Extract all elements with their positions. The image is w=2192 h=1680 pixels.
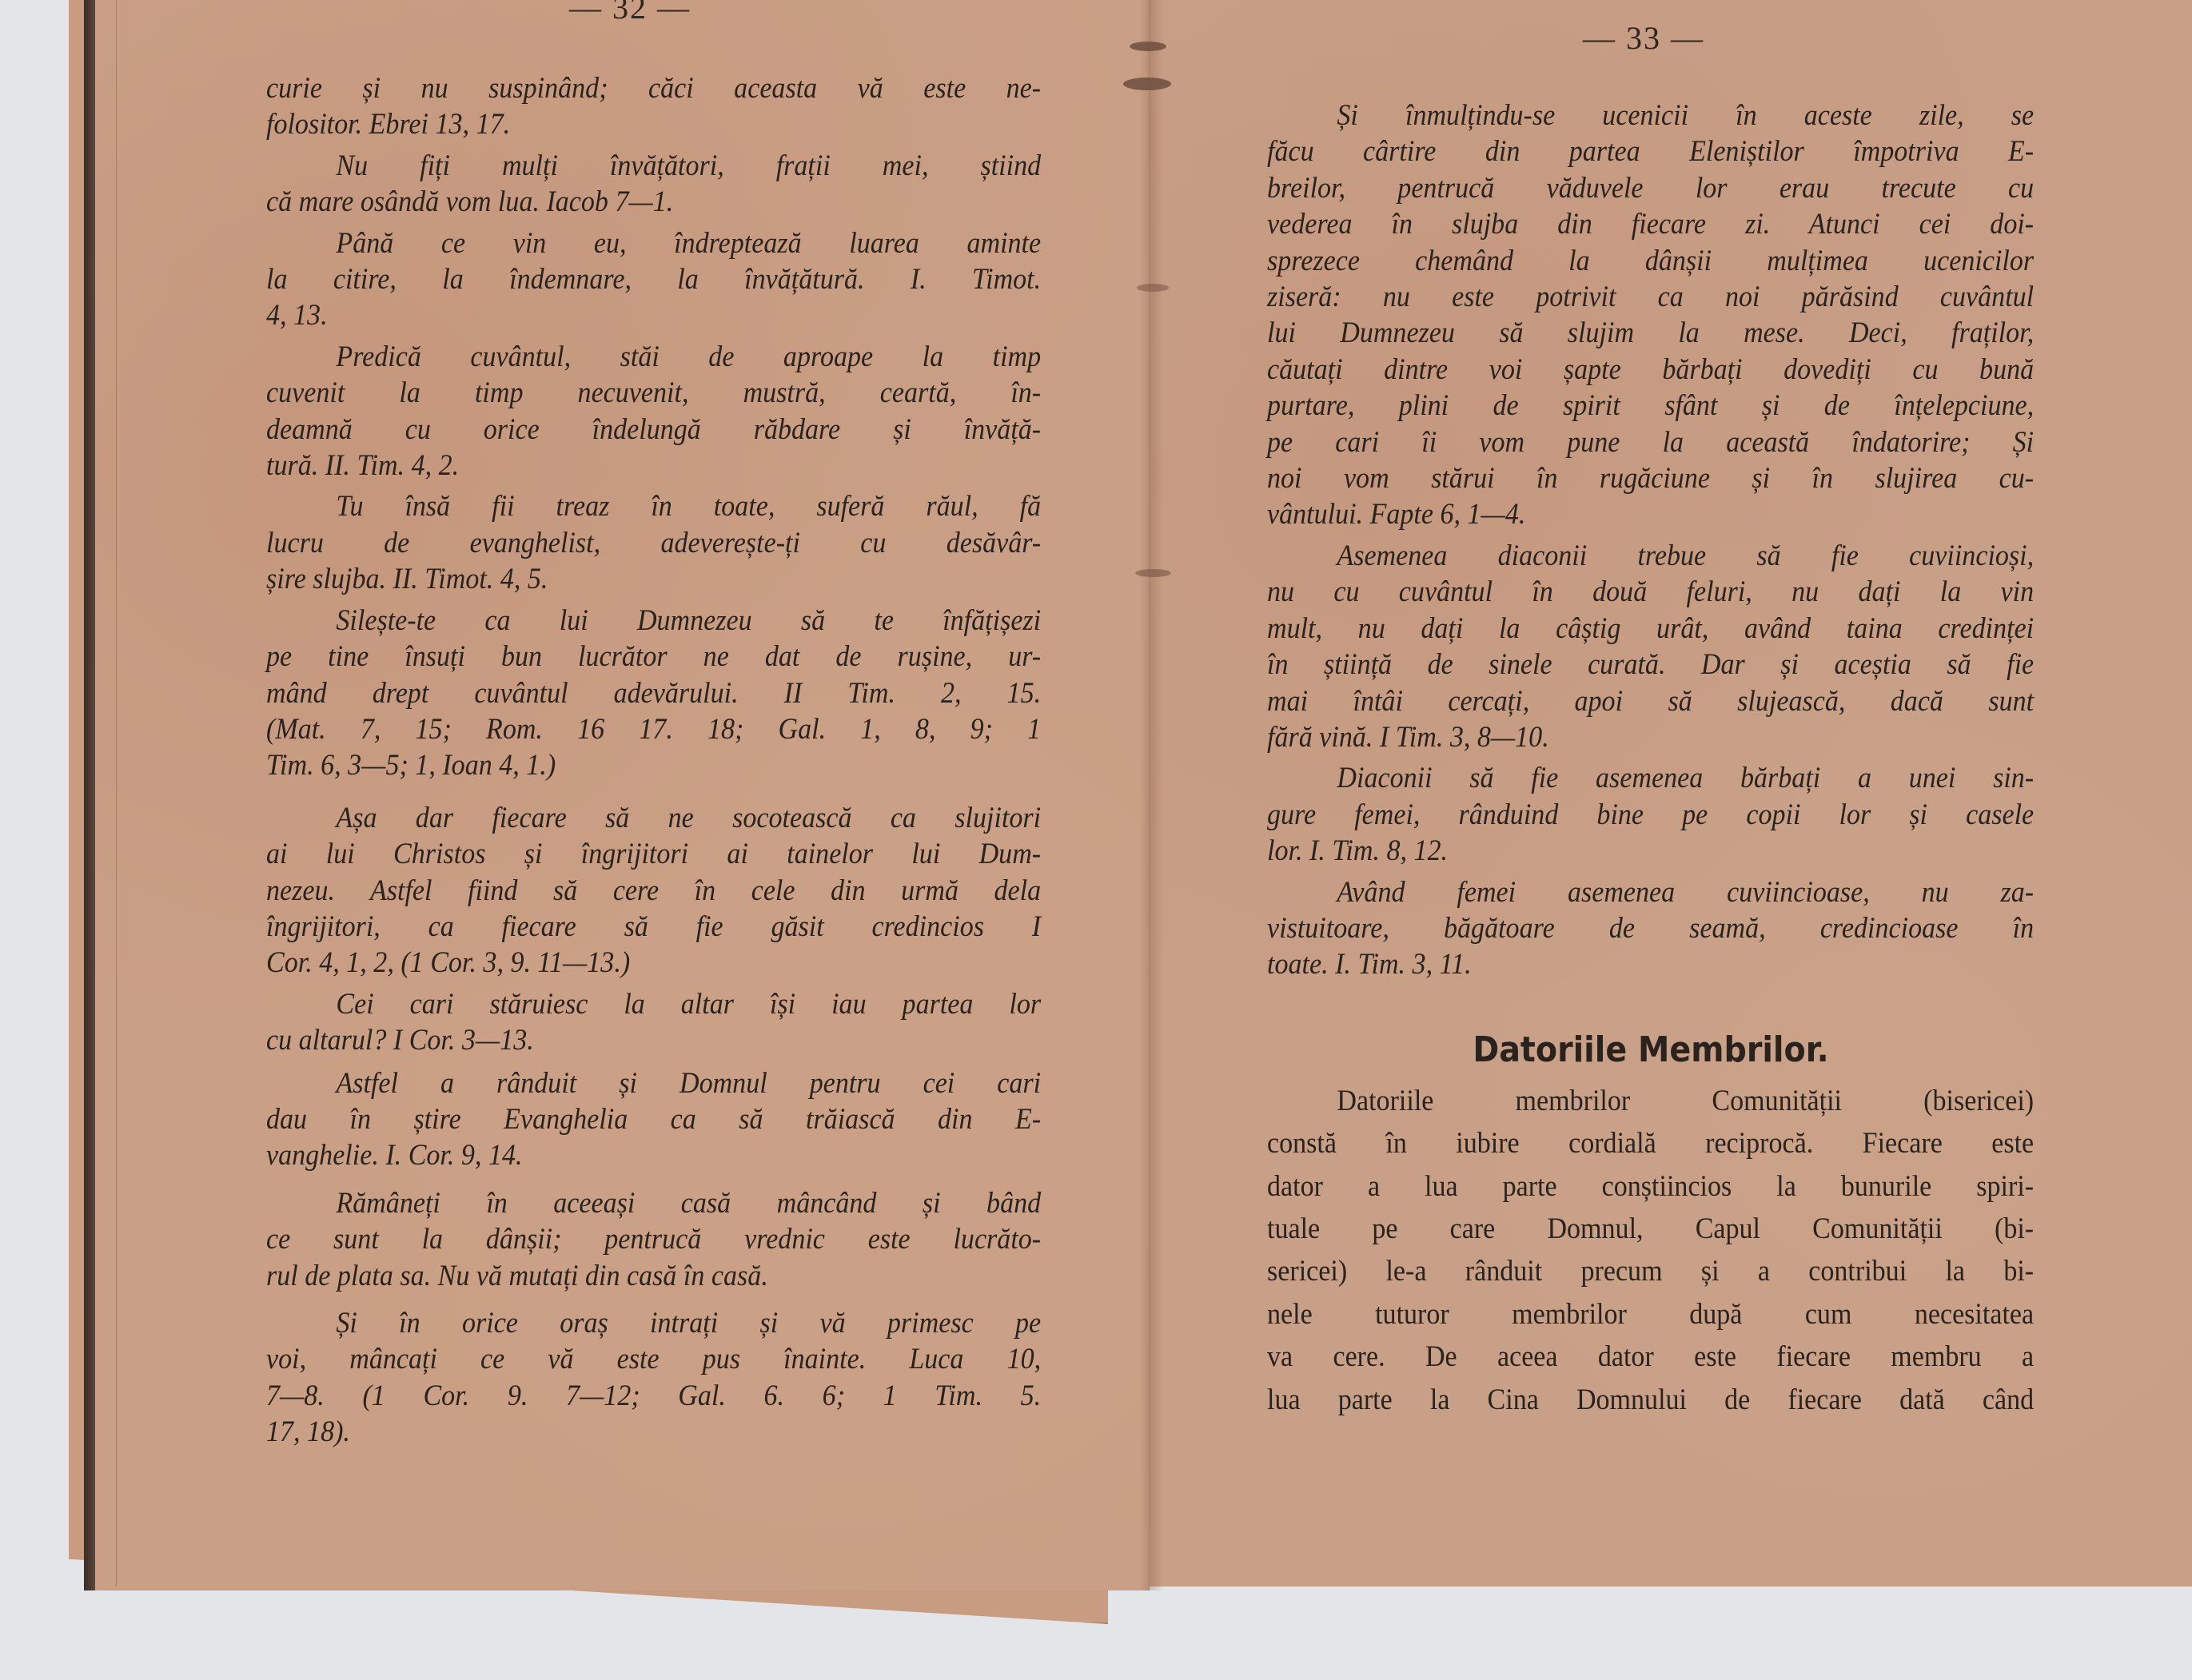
binding-stitch [1130, 42, 1166, 51]
text-line: breilor, pentrucă văduvele lor erau trec… [1267, 170, 2034, 206]
text-line: căutați dintre voi șapte bărbați dovediț… [1267, 352, 2034, 388]
text-line: constă în iubire cordială reciprocă. Fie… [1267, 1122, 2034, 1164]
text-line: Și înmulțindu-se ucenicii în aceste zile… [1267, 98, 2034, 133]
page-number-right: — 33 — [1583, 19, 1704, 57]
text-line: făcu cârtire din partea Eleniștilor împo… [1267, 133, 2034, 169]
text-line: gure femei, rânduind bine pe copii lor ș… [1267, 797, 2034, 833]
paragraph: Tu însă fii treaz în toate, suferă răul,… [266, 488, 1041, 597]
text-line: tuale pe care Domnul, Capul Comunității … [1267, 1208, 2034, 1250]
text-line: cu altarul? I Cor. 3—13. [266, 1022, 1041, 1058]
text-line: Diaconii să fie asemenea bărbați a unei … [1267, 760, 2034, 796]
text-line: Astfel a rânduit și Domnul pentru cei ca… [266, 1065, 1041, 1101]
text-line: purtare, plini de spirit sfânt și de înț… [1267, 388, 2034, 424]
text-line: nu cu cuvântul în două feluri, nu dați l… [1267, 574, 2034, 610]
paragraph: Având femei asemenea cuviincioase, nu za… [1267, 874, 2034, 983]
section-paragraph: Datoriile membrilor Comunității (biseric… [1267, 1080, 2034, 1421]
text-line: lucru de evanghelist, adeverește-ți cu d… [266, 525, 1041, 561]
page-number-left: — 32 — [569, 0, 691, 26]
text-line: lua parte la Cina Domnului de fiecare da… [1267, 1379, 2034, 1421]
binding-stitch [1123, 78, 1171, 90]
book-spine [1139, 0, 1163, 1590]
text-line: tură. II. Tim. 4, 2. [266, 448, 1041, 484]
text-line: Asemenea diaconii trebue să fie cuviinci… [1267, 538, 2034, 574]
text-line: vistuitoare, băgătoare de seamă, credinc… [1267, 910, 2034, 946]
text-line: toate. I. Tim. 3, 11. [1267, 946, 2034, 982]
text-line: că mare osândă vom lua. Iacob 7—1. [266, 184, 1041, 220]
text-line: nezeu. Astfel fiind să cere în cele din … [266, 873, 1041, 909]
paragraph: Și înmulțindu-se ucenicii în aceste zile… [1267, 98, 2034, 533]
text-line: mult, nu dați la câștig urât, având tain… [1267, 611, 2034, 647]
text-line: Silește-te ca lui Dumnezeu să te înfățiș… [266, 603, 1041, 639]
text-line: ai lui Christos și îngrijitori ai tainel… [266, 836, 1041, 872]
text-line: mai întâi cercați, apoi să slujească, da… [1267, 683, 2034, 719]
text-line: vanghelie. I. Cor. 9, 14. [266, 1137, 1041, 1173]
text-line: Datoriile membrilor Comunității (biseric… [1267, 1080, 2034, 1122]
text-line: pe cari îi vom pune la această îndatorir… [1267, 424, 2034, 460]
text-line: Tu însă fii treaz în toate, suferă răul,… [266, 488, 1041, 524]
paragraph: Nu fiți mulți învățători, frații mei, șt… [266, 148, 1041, 221]
text-line: sprezece chemând la dânșii mulțimea ucen… [1267, 243, 2034, 279]
text-line: la citire, la îndemnare, la învățătură. … [266, 261, 1041, 297]
paragraph: Rămâneți în aceeași casă mâncând și bând… [266, 1185, 1041, 1294]
text-line: îngrijitori, ca fiecare să fie găsit cre… [266, 909, 1041, 945]
section-heading: Datoriile Membrilor. [1305, 1029, 1996, 1070]
text-line: Până ce vin eu, îndreptează luarea amint… [266, 225, 1041, 261]
text-line: mând drept cuvântul adevărului. II Tim. … [266, 675, 1041, 711]
paragraph: Asemenea diaconii trebue să fie cuviinci… [1267, 538, 2034, 755]
text-line: Tim. 6, 3—5; 1, Ioan 4, 1.) [266, 747, 1041, 783]
text-line: (Mat. 7, 15; Rom. 16 17. 18; Gal. 1, 8, … [266, 711, 1041, 747]
text-line: Și în orice oraș intrați și vă primesc p… [266, 1305, 1041, 1341]
text-line: deamnă cu orice îndelungă răbdare și înv… [266, 412, 1041, 448]
text-line: Având femei asemenea cuviincioase, nu za… [1267, 874, 2034, 910]
paragraph: Astfel a rânduit și Domnul pentru cei ca… [266, 1065, 1041, 1174]
text-line: Așa dar fiecare să ne socotească ca sluj… [266, 800, 1041, 836]
paragraph: Și în orice oraș intrați și vă primesc p… [266, 1305, 1041, 1451]
text-line: 17, 18). [266, 1414, 1041, 1450]
text-line: va cere. De aceea dator este fiecare mem… [1267, 1336, 2034, 1378]
text-line: lor. I. Tim. 8, 12. [1267, 833, 2034, 869]
text-line: Cei cari stăruiesc la altar își iau part… [266, 986, 1041, 1022]
paragraph: Predică cuvântul, stăi de aproape la tim… [266, 339, 1041, 484]
text-line: șire slujba. II. Timot. 4, 5. [266, 561, 1041, 597]
text-line: 7—8. (1 Cor. 9. 7—12; Gal. 6. 6; 1 Tim. … [266, 1378, 1041, 1414]
text-line: voi, mâncați ce vă este pus înainte. Luc… [266, 1341, 1041, 1377]
paragraph: curie și nu suspinând; căci aceasta vă e… [266, 70, 1041, 143]
right-text-column: Și înmulțindu-se ucenicii în aceste zile… [1267, 98, 2035, 1426]
text-line: dau în știre Evanghelia ca să trăiască d… [266, 1101, 1041, 1137]
paragraph: Până ce vin eu, îndreptează luarea amint… [266, 225, 1041, 334]
text-line: Cor. 4, 1, 2, (1 Cor. 3, 9. 11—13.) [266, 945, 1041, 981]
text-line: ce sunt la dânșii; pentrucă vrednic este… [266, 1221, 1041, 1257]
text-line: Predică cuvântul, stăi de aproape la tim… [266, 339, 1041, 375]
book-cover-edge [84, 0, 95, 1590]
paragraph: Diaconii să fie asemenea bărbați a unei … [1267, 760, 2034, 869]
text-line: nele tuturor membrilor după cum necesita… [1267, 1293, 2034, 1336]
text-line: ziseră: nu este potrivit ca noi părăsind… [1267, 279, 2034, 315]
text-line: Rămâneți în aceeași casă mâncând și bând [266, 1185, 1041, 1221]
text-line: pe tine însuți bun lucrător ne dat de ru… [266, 639, 1041, 675]
binding-stitch [1135, 569, 1171, 577]
paragraph: Cei cari stăruiesc la altar își iau part… [266, 986, 1041, 1059]
text-line: 4, 13. [266, 297, 1041, 333]
text-line: vântului. Fapte 6, 1—4. [1267, 496, 2034, 532]
binding-stitch [1137, 284, 1169, 292]
text-line: folositor. Ebrei 13, 17. [266, 106, 1041, 142]
paragraph: Silește-te ca lui Dumnezeu să te înfățiș… [266, 603, 1041, 784]
page-edge-line [116, 0, 117, 1586]
text-line: lui Dumnezeu să slujim la mese. Deci, fr… [1267, 315, 2034, 351]
paragraph: Așa dar fiecare să ne socotească ca sluj… [266, 800, 1041, 981]
text-line: dator a lua parte conștiincios la bunuri… [1267, 1165, 2034, 1208]
text-line: fără vină. I Tim. 3, 8—10. [1267, 719, 2034, 755]
text-line: Nu fiți mulți învățători, frații mei, șt… [266, 148, 1041, 184]
text-line: vederea în slujba din fiecare zi. Atunci… [1267, 206, 2034, 242]
text-line: rul de plata sa. Nu vă mutați din casă î… [266, 1258, 1041, 1294]
text-line: în știință de sinele curată. Dar și aceș… [1267, 647, 2034, 683]
text-line: curie și nu suspinând; căci aceasta vă e… [266, 70, 1041, 106]
left-text-column: curie și nu suspinând; căci aceasta vă e… [266, 70, 1042, 1455]
text-line: noi vom stărui în rugăciune și în slujir… [1267, 460, 2034, 496]
text-line: cuvenit la timp necuvenit, mustră, ceart… [266, 375, 1041, 411]
text-line: sericei) le-a rânduit precum și a contri… [1267, 1250, 2034, 1292]
